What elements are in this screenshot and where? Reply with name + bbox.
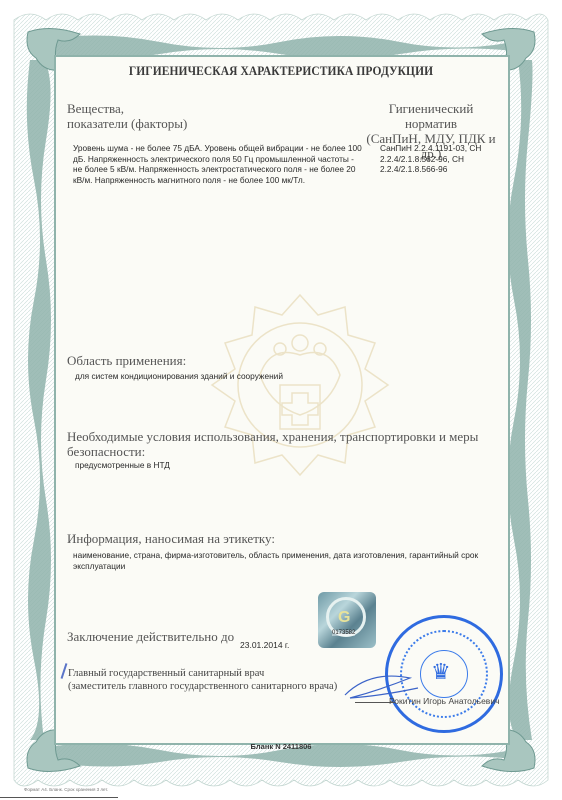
footer-note: Формат А4. Бланк. Срок хранения 3 лет. bbox=[24, 787, 108, 792]
norm-line: 2.2.4/2.1.8.562-96, СН bbox=[380, 154, 505, 165]
norm-header-line: норматив bbox=[356, 116, 506, 131]
factors-header-line: показатели (факторы) bbox=[67, 116, 187, 131]
validity-label: Заключение действительно до bbox=[67, 629, 234, 644]
norm-header-line: Гигиенический bbox=[356, 101, 506, 116]
document-title: ГИГИЕНИЧЕСКАЯ ХАРАКТЕРИСТИКА ПРОДУКЦИИ bbox=[22, 64, 539, 79]
norms-list: СанПиН 2.2.4.1191-03, СН 2.2.4/2.1.8.562… bbox=[380, 143, 505, 175]
doctor-title-line: (заместитель главного государственного с… bbox=[68, 680, 337, 693]
eagle-icon: ♛ bbox=[431, 659, 451, 685]
scope-value: для систем кондиционирования зданий и со… bbox=[75, 371, 283, 382]
doctor-title: Главный государственный санитарный врач … bbox=[68, 667, 337, 693]
hologram-sticker: G 0173582 bbox=[318, 592, 376, 648]
label-info-value: наименование, страна, фирма-изготовитель… bbox=[73, 550, 493, 571]
stamp-core-ring: ♛ bbox=[420, 650, 468, 698]
conditions-value: предусмотренные в НТД bbox=[75, 460, 170, 471]
factors-text: Уровень шума - не более 75 дБА. Уровень … bbox=[73, 143, 363, 185]
validity-date: 23.01.2014 г. bbox=[240, 640, 289, 651]
hologram-number: 0173582 bbox=[332, 630, 355, 636]
label-info-label: Информация, наносимая на этикетку: bbox=[67, 531, 275, 546]
norm-line: СанПиН 2.2.4.1191-03, СН bbox=[380, 143, 505, 154]
factors-column-header: Вещества, показатели (факторы) bbox=[67, 101, 187, 131]
factors-header-line: Вещества, bbox=[67, 101, 187, 116]
hologram-logo: G bbox=[338, 609, 350, 627]
conditions-label: Необходимые условия использования, хране… bbox=[67, 429, 507, 459]
footer-rule bbox=[0, 797, 118, 798]
doctor-title-line: Главный государственный санитарный врач bbox=[68, 667, 337, 680]
norm-line: 2.2.4/2.1.8.566-96 bbox=[380, 164, 505, 175]
signer-name: Рокитин Игорь Анатольевич bbox=[389, 696, 500, 706]
scope-label: Область применения: bbox=[67, 353, 186, 368]
blank-number: Бланк N 2411806 bbox=[0, 742, 562, 751]
